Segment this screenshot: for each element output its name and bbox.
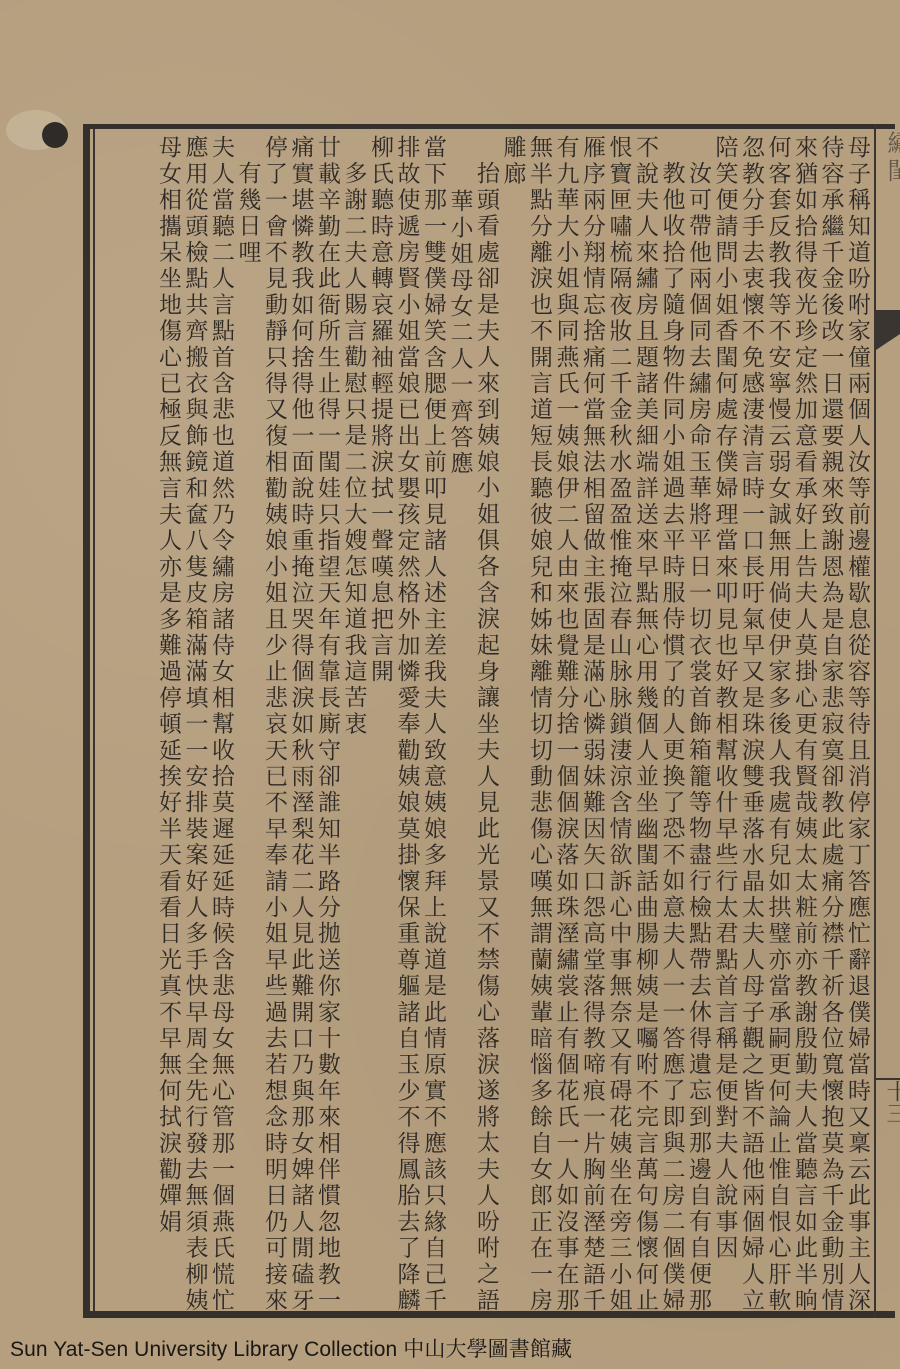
text-column: 柳氏聽時意轉哀羅袖輕提將淚拭一聲嘆息把言開 bbox=[367, 135, 394, 1310]
binding-hole bbox=[42, 122, 68, 148]
text-column: 汝可帶他兩個同去繡房命玉華將平日一切衣裳首飾箱籠等物盡行檢點帶去休得遺忘到那邊自… bbox=[685, 135, 712, 1310]
banxin-margin bbox=[876, 129, 900, 1311]
text-column: 有幾日哩 bbox=[234, 135, 261, 1310]
text-column: 應用從頭檢點共齊搬衣與飾鏡和奩八隻皮箱滿滿填一一安排裝案好人多手快早周全先行發去… bbox=[181, 135, 208, 1310]
text-column: 抬頭看處卻是夫人來到姨娘小姐俱各含淚起身讓坐夫人見此光景又不禁傷心落淚遂將太夫人… bbox=[473, 135, 500, 1310]
text-column: 當下那一雙僕婦笑含腮便上前叩見諸人述主差我夫人致意姨娘多拜上說道是此情原實不應該… bbox=[420, 135, 447, 1310]
text-column: 教他收拾了隨身物件同小姐過去平時服侍慣了的人更換了恐不如意夫人一一答應了即與二房… bbox=[658, 135, 685, 1310]
text-column: 多謝二夫人賜言勸慰只是二位大嫂怎知道我這苦衷 bbox=[340, 135, 367, 1310]
text-column: 廿載辛勤在此衙所生止得一閨娃只指望天年有靠長廝守卻誰知半路分拋送你家十數年來相伴… bbox=[314, 135, 341, 1310]
text-column: 夫人當聽二人言點首含悲也道然乃令繡房諸侍女相幫收拾莫遲延延時候含悲母女無心管那一… bbox=[208, 135, 235, 1310]
book-page: 繡閨 十三 母子稱知道吩咐家僮兩個人汝等前邊權歇息從容等待且消停家丁答應忙辭退僕… bbox=[0, 0, 900, 1369]
text-column: 痛實堪憐教我如何捨得他一面說時重掩泣哭得個淚如秋雨溼梨花二人見此難開口乃與那女婢… bbox=[287, 135, 314, 1310]
text-column: 有九華大小姐與同燕氏一姨娘伊二人由來也覺難分捨一個個淚落如珠溼繡裳止有個花氏一人… bbox=[552, 135, 579, 1310]
text-column: 陪笑便請問小姐香閨何處存僕婦理當來叩見也好教相幫收什早些行太君點首言稱是便對夫人… bbox=[711, 135, 738, 1310]
text-column: 忽教分手去衷懷不免感淒清言時一口長吁氣早又是珠淚雙垂落水晶太夫人母子觀之皆不語他… bbox=[738, 135, 765, 1310]
vertical-text-body: 母子稱知道吩咐家僮兩個人汝等前邊權歇息從容等待且消停家丁答應忙辭退僕婦當時又稟云… bbox=[100, 135, 870, 1310]
library-credit: Sun Yat-Sen University Library Collectio… bbox=[10, 1333, 572, 1363]
text-column: 母女相攜呆坐地傷心已極反無言夫人亦是多難過停頓延挨好半天看看日光真不早無何拭淚勸… bbox=[155, 135, 182, 1310]
text-column: 母子稱知道吩咐家僮兩個人汝等前邊權歇息從容等待且消停家丁答應忙辭退僕婦當時又稟云… bbox=[844, 135, 871, 1310]
text-column: 停了一會不見動靜只得又復相勸姨娘小姐且少止悲哀天已不早奉請小姐早些過去若想念時明… bbox=[261, 135, 288, 1310]
banxin-title: 繡閨 bbox=[880, 130, 900, 186]
text-column: 排故使遞房賢小姐當娘已出女嬰孩定然格外加憐愛奉勸姨娘莫掛懷保重尊軀諸自玉少不得鳳… bbox=[393, 135, 420, 1310]
text-column: 雁序兩分翔情忘捨痛何當無法相留做主張固是滿心憐弱妹難因矢口怨高堂落得教啼痕一片胸… bbox=[579, 135, 606, 1310]
text-column: 無半點分離淚也不開言道短長聽彼娘兒和姊妹離情切切動悲傷心嘆無謂蘭姨輩暗惱多餘自女… bbox=[526, 135, 553, 1310]
text-column: 來猶如拾得夜光珍定然加意看承好上告夫人莫掛心更有賢哉姨太太粧前亦教謝殷勤夫人當聽… bbox=[791, 135, 818, 1310]
text-column: 待容承繼千金後改一日還要親來致謝恩為是自家悲寂寞卻教此處痛分襟千祈各位寬懷抱莫為… bbox=[817, 135, 844, 1310]
text-column: 何客套反教我等不安寧慢云弱女誠無用倘使伊家多後人我處有兒如拱璧亦當承嗣更何論止惟… bbox=[764, 135, 791, 1310]
frame-inner-rule bbox=[93, 129, 95, 1311]
page-number: 十三 bbox=[880, 1080, 900, 1124]
text-column: 恨寶匣嘯梳隔夜妝二千金秋水盈盈惟掩泣春山脉脉鎖淒涼含情欲訴心中事無奈又有碍花姨坐… bbox=[605, 135, 632, 1310]
text-column: 不說夫人來繡房且題諸美細端詳送來早點無心用幾個人並坐幽閨話曲腸柳姨是囑咐不完言萬… bbox=[632, 135, 659, 1310]
text-column: 華小姐母女二人一齊答應 bbox=[446, 135, 473, 1310]
text-column: 雕廊 bbox=[499, 135, 526, 1310]
